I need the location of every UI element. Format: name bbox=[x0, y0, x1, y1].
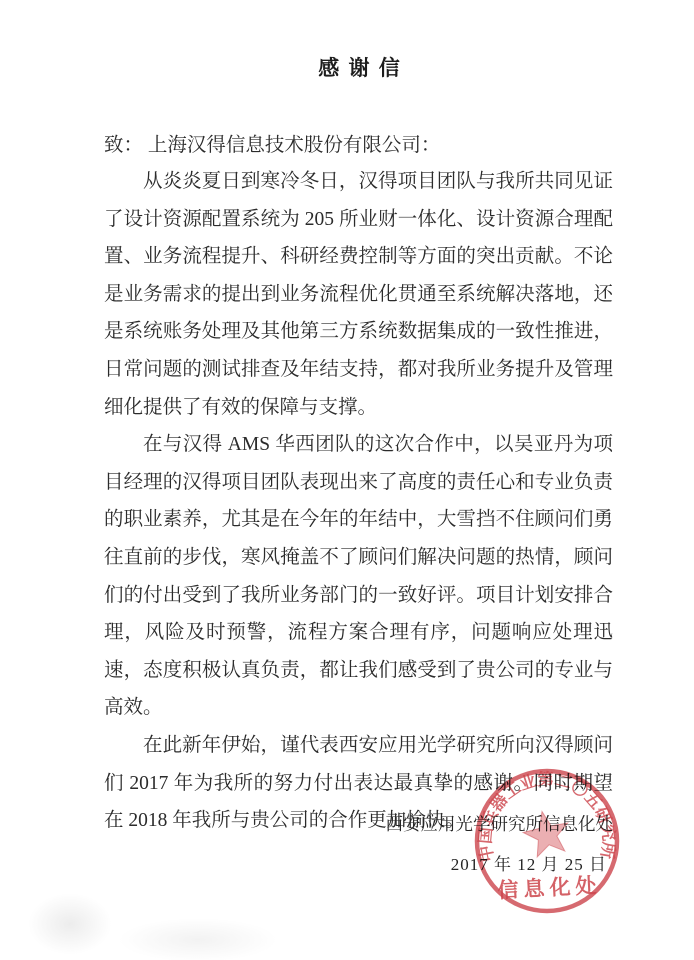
letter-page: 感 谢 信 致： 上海汉得信息技术股份有限公司： 从炎炎夏日到寒冷冬日，汉得项目… bbox=[0, 0, 694, 960]
salutation-line: 致： 上海汉得信息技术股份有限公司： bbox=[104, 127, 440, 165]
stamp-arc-text: 中国兵器工业第二〇五研究所 bbox=[475, 769, 620, 864]
scan-smudge bbox=[118, 918, 278, 960]
letter-title: 感 谢 信 bbox=[0, 52, 694, 82]
letter-body: 从炎炎夏日到寒冷冬日，汉得项目团队与我所共同见证了设计资源配置系统为 205 所… bbox=[104, 163, 613, 840]
stamp-star-icon bbox=[520, 807, 574, 859]
paragraph-2: 在与汉得 AMS 华西团队的这次合作中，以吴亚丹为项目经理的汉得项目团队表现出来… bbox=[104, 426, 613, 727]
paragraph-1: 从炎炎夏日到寒冷冬日，汉得项目团队与我所共同见证了设计资源配置系统为 205 所… bbox=[104, 163, 613, 426]
scan-smudge bbox=[28, 893, 112, 955]
official-seal-stamp: 中国兵器工业第二〇五研究所 信息化处 bbox=[467, 761, 627, 921]
